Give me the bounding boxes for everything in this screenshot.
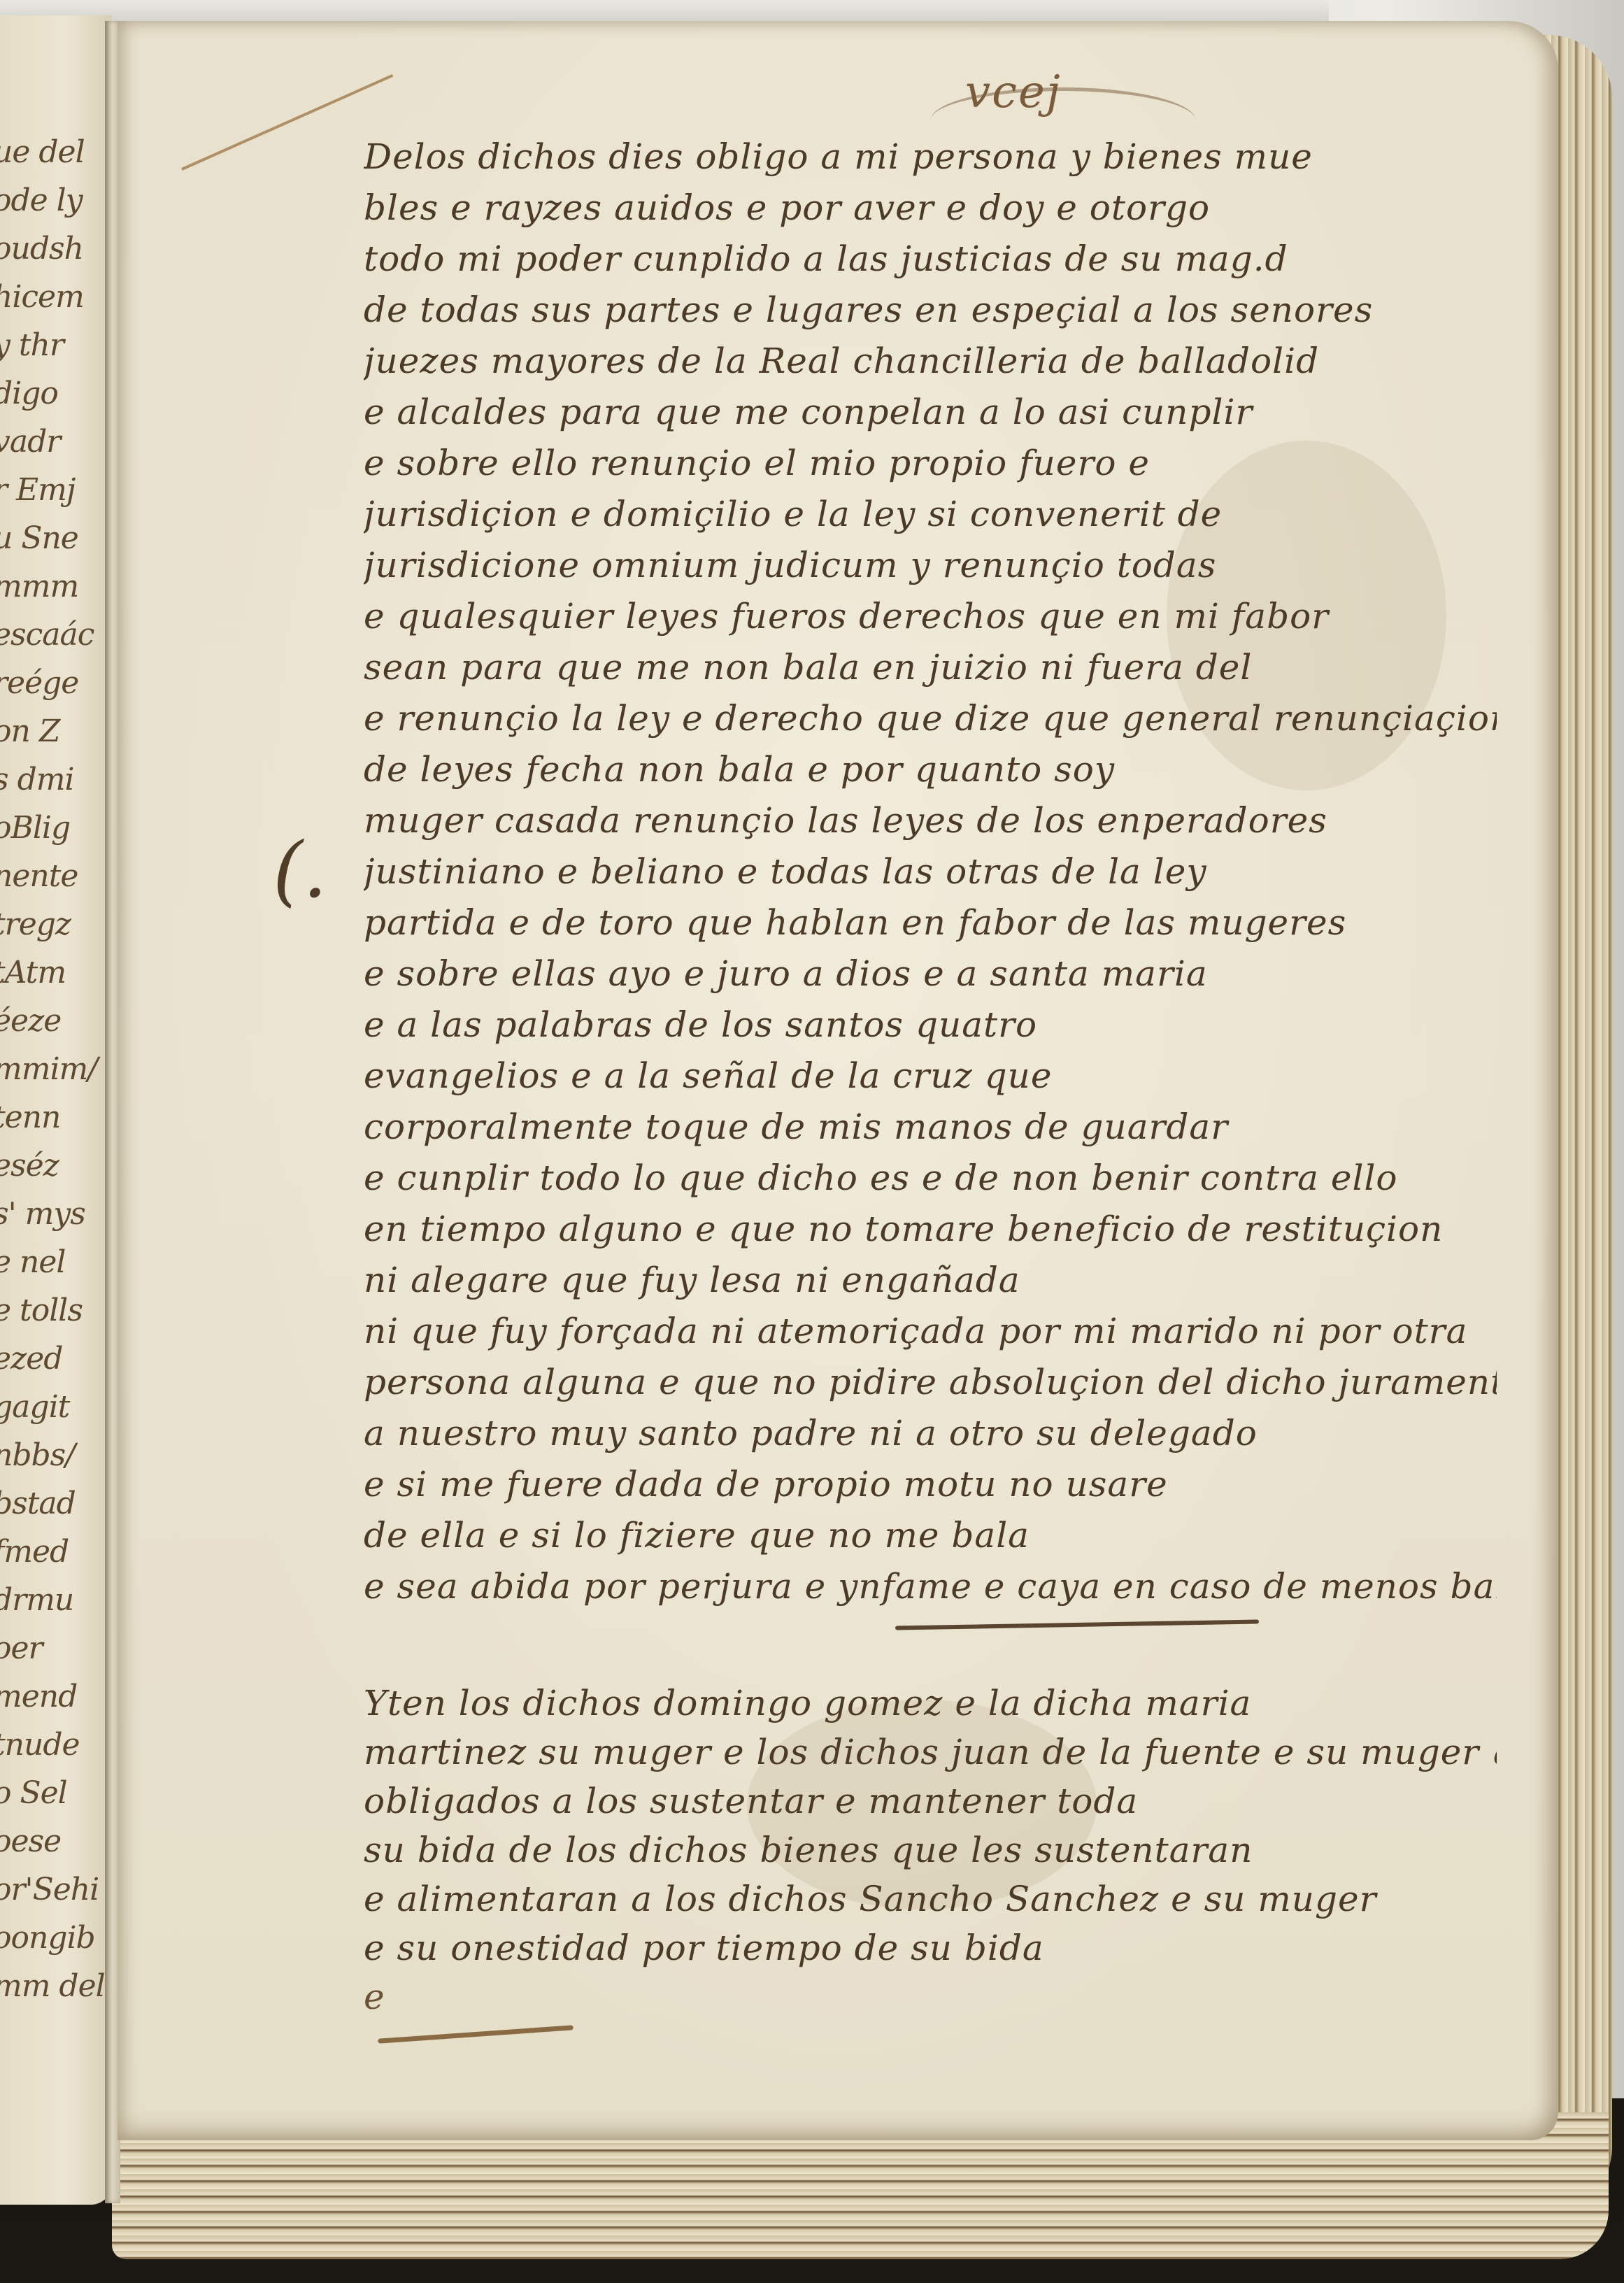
left-page-text-fragment: gagit	[0, 1389, 69, 1425]
left-page-text-fragment: drmu	[0, 1582, 73, 1618]
left-page-text-fragment: vadr	[0, 424, 60, 460]
left-page-fragment: ue delode lyoudshhicemy thrdigovadrr Emj…	[0, 15, 112, 2205]
text-line: sean para que me non bala en juizio ni f…	[364, 642, 1497, 693]
left-page-text-fragment: r Emj	[0, 472, 76, 508]
left-page-text-fragment: u Sne	[0, 520, 78, 556]
text-line: e renunçio la ley e derecho que dize que…	[364, 693, 1497, 744]
margin-mark: (.	[273, 825, 327, 915]
left-page-text-fragment: oongib	[0, 1920, 95, 1956]
text-line: justiniano e beliano e todas las otras d…	[364, 846, 1497, 897]
text-line: e sobre ellas ayo e juro a dios e a sant…	[364, 948, 1497, 1000]
left-page-text-fragment: nbbs/	[0, 1437, 75, 1473]
left-page-text-fragment: s' mys	[0, 1196, 85, 1232]
folio-number: vcej	[965, 66, 1062, 118]
manuscript-photo: ue delode lyoudshhicemy thrdigovadrr Emj…	[0, 0, 1624, 2283]
left-page-text-fragment: ode ly	[0, 183, 83, 218]
left-page-text-fragment: ezed	[0, 1341, 62, 1377]
text-line: en tiempo alguno e que no tomare benefic…	[364, 1204, 1497, 1255]
left-page-text-fragment: tAtm	[0, 955, 66, 990]
left-page-text-fragment: tenn	[0, 1100, 60, 1135]
left-page-text-fragment: tnude	[0, 1727, 80, 1763]
text-line: de ella e si lo fiziere que no me bala	[364, 1510, 1497, 1561]
text-line: su bida de los dichos bienes que les sus…	[364, 1826, 1497, 1875]
left-page-text-fragment: ue del	[0, 134, 85, 170]
left-page-text-fragment: hicem	[0, 279, 84, 315]
left-page-text-fragment: or'Sehi	[0, 1872, 99, 1907]
left-page-text-fragment: oese	[0, 1823, 61, 1859]
text-line: e qualesquier leyes fueros derechos que …	[364, 591, 1497, 642]
left-page-text-fragment: y thr	[0, 327, 64, 363]
left-page-text-fragment: nente	[0, 858, 78, 894]
left-page-text-fragment: o Sel	[0, 1775, 67, 1811]
paragraph-1: Delos dichos dies obligo a mi persona y …	[364, 131, 1497, 1612]
text-line: e si me fuere dada de propio motu no usa…	[364, 1459, 1497, 1510]
left-page-text-fragment: oBlig	[0, 810, 70, 846]
text-line: e sobre ello renunçio el mio propio fuer…	[364, 438, 1497, 489]
left-page-text-fragment: tregz	[0, 906, 71, 942]
left-page-text-fragment: éeze	[0, 1003, 61, 1039]
left-page-text-fragment: s dmi	[0, 762, 74, 797]
text-line: jurisdiçion e domiçilio e la ley si conv…	[364, 489, 1497, 540]
left-page-text-fragment: mmim/	[0, 1051, 97, 1087]
left-page-text-fragment: mend	[0, 1679, 77, 1714]
text-line: evangelios e a la señal de la cruz que	[364, 1051, 1497, 1102]
text-line: martinez su muger e los dichos juan de l…	[364, 1728, 1497, 1777]
text-line: e cunplir todo lo que dicho es e de non …	[364, 1153, 1497, 1204]
left-page-text-fragment: bstad	[0, 1486, 76, 1521]
text-line: e	[364, 1972, 1497, 2021]
left-page-text-fragment: escaác	[0, 617, 94, 653]
left-page-text-fragment: e tolls	[0, 1293, 83, 1328]
left-page-text-fragment: mm del	[0, 1968, 105, 2004]
text-line: persona alguna e que no pidire absoluçio…	[364, 1357, 1497, 1408]
text-line: e alcaldes para que me conpelan a lo asi…	[364, 387, 1497, 438]
left-page-text-fragment: eséz	[0, 1148, 59, 1183]
text-line: e alimentaran a los dichos Sancho Sanche…	[364, 1875, 1497, 1923]
text-line: corporalmente toque de mis manos de guar…	[364, 1102, 1497, 1153]
text-line: muger casada renunçio las leyes de los e…	[364, 795, 1497, 846]
text-line: e a las palabras de los santos quatro	[364, 1000, 1497, 1051]
left-page-text-fragment: e nel	[0, 1244, 65, 1280]
text-line: ni alegare que fuy lesa ni engañada	[364, 1255, 1497, 1306]
left-page-text-fragment: mmm	[0, 569, 78, 604]
paragraph-2: Yten los dichos domingo gomez e la dicha…	[364, 1679, 1497, 2021]
left-page-text-fragment: digo	[0, 376, 58, 411]
text-line: e sea abida por perjura e ynfame e caya …	[364, 1561, 1497, 1612]
left-page-text-fragment: fmed	[0, 1534, 69, 1570]
left-page-text-fragment: oudsh	[0, 231, 83, 266]
text-line: jurisdicione omnium judicum y renunçio t…	[364, 540, 1497, 591]
text-line: bles e rayzes auidos e por aver e doy e …	[364, 183, 1497, 234]
left-page-text-fragment: on Z	[0, 713, 59, 749]
text-line: juezes mayores de la Real chancilleria d…	[364, 336, 1497, 387]
left-page-text-fragment: reége	[0, 665, 78, 701]
left-page-text-fragment: oer	[0, 1630, 43, 1666]
text-line: e su onestidad por tiempo de su bida	[364, 1923, 1497, 1972]
text-line: ni que fuy forçada ni atemoriçada por mi…	[364, 1306, 1497, 1357]
text-line: partida e de toro que hablan en fabor de…	[364, 897, 1497, 948]
text-line: de leyes fecha non bala e por quanto soy	[364, 744, 1497, 795]
text-line: Yten los dichos domingo gomez e la dicha…	[364, 1679, 1497, 1728]
text-line: todo mi poder cunplido a las justicias d…	[364, 234, 1497, 285]
text-line: de todas sus partes e lugares en espeçia…	[364, 285, 1497, 336]
text-line: a nuestro muy santo padre ni a otro su d…	[364, 1408, 1497, 1459]
text-line: obligados a los sustentar e mantener tod…	[364, 1777, 1497, 1826]
text-line: Delos dichos dies obligo a mi persona y …	[364, 131, 1497, 183]
